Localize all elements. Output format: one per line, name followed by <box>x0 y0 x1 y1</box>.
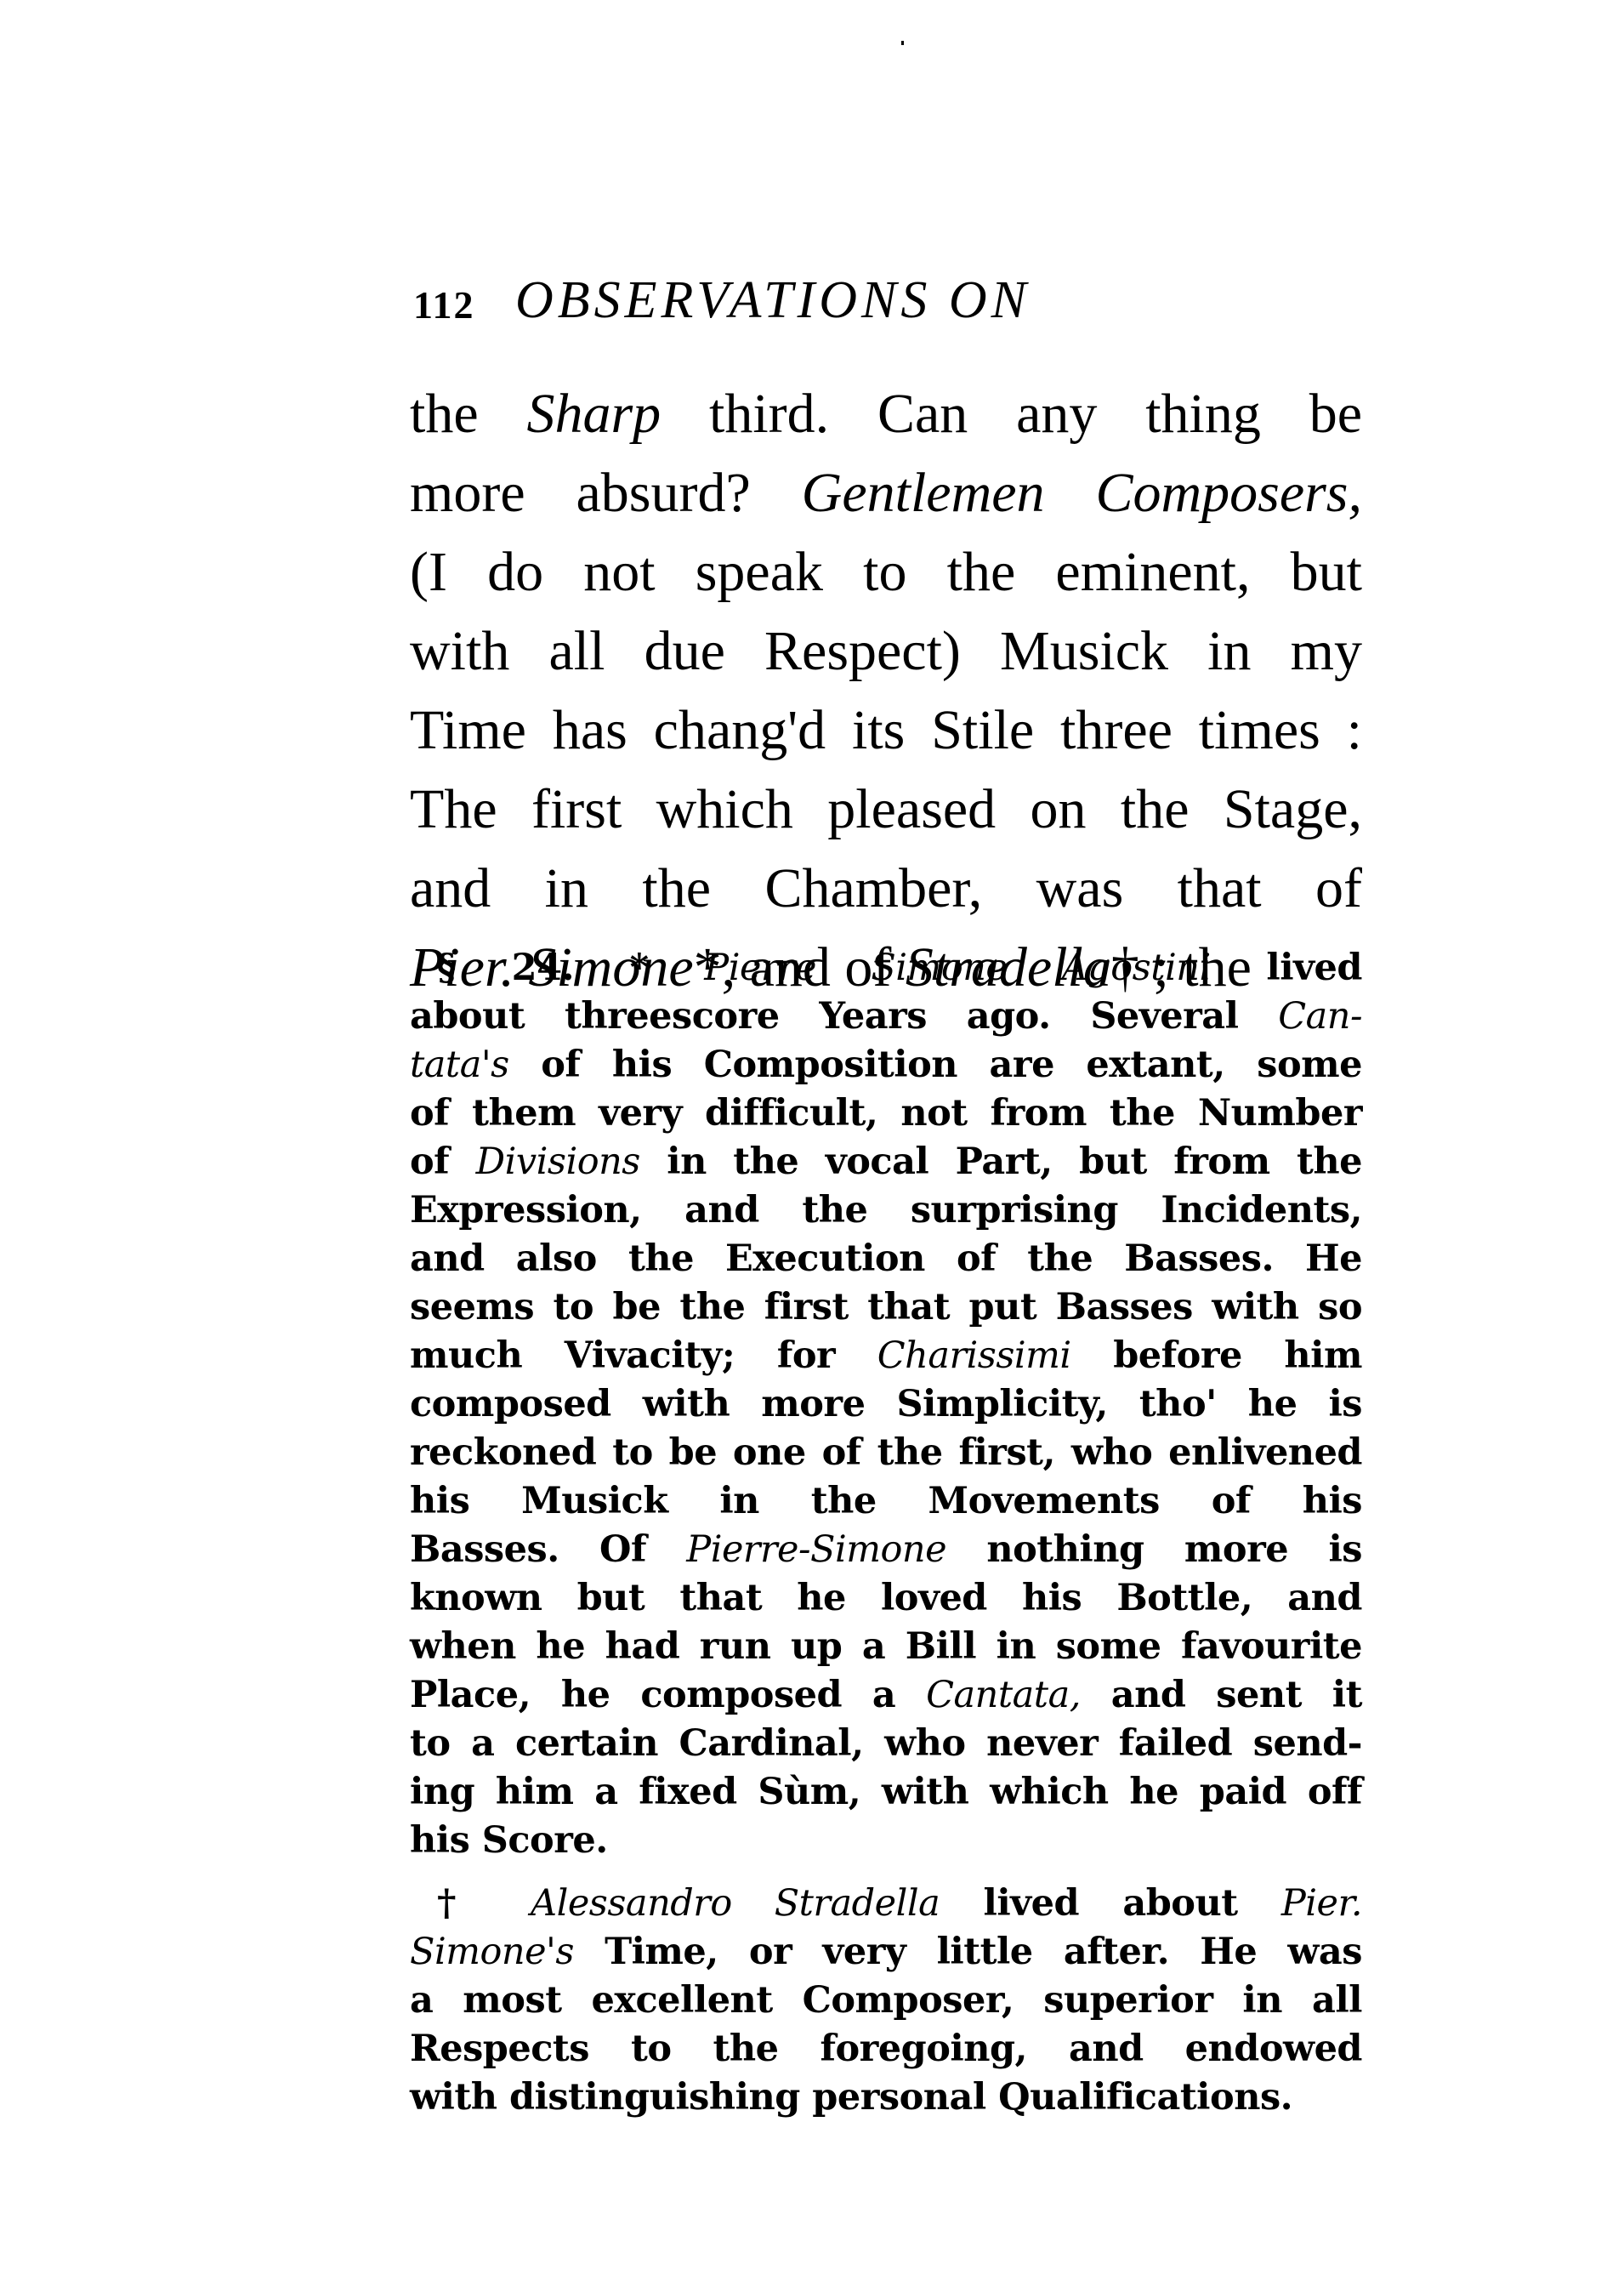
text-run: and in the Chamber, was that of <box>410 857 1362 919</box>
text-run: a most excellent Composer, superior in a… <box>410 1979 1362 2022</box>
text-run: ing him a fixed Sùm, with which he paid … <box>410 1771 1362 1813</box>
text-run: reckoned to be one of the first, who enl… <box>410 1431 1362 1474</box>
scan-speck <box>901 41 904 45</box>
text-line: ing him a fixed Sùm, with which he paid … <box>410 1768 1362 1817</box>
text-line: known but that he loved his Bottle, and <box>410 1574 1362 1623</box>
text-run: third. Can any thing be <box>661 383 1362 445</box>
text-run: to a certain Cardinal, who never failed … <box>410 1722 1362 1765</box>
book-page: 112 OBSERVATIONS ON the Sharp third. Can… <box>0 0 1624 2281</box>
text-run: lived about <box>940 1882 1281 1925</box>
italic-text: Cantata, <box>926 1674 1081 1716</box>
italic-text: Gentlemen Composers, <box>802 462 1362 524</box>
text-run: Place, he composed a <box>410 1674 926 1716</box>
italic-text: Pier. <box>1281 1882 1362 1925</box>
text-line: and also the Execution of the Basses. He <box>410 1235 1362 1283</box>
text-line: the Sharp third. Can any thing be <box>410 374 1362 453</box>
text-line: with distinguishing personal Qualificati… <box>410 2073 1362 2122</box>
text-run: more absurd? <box>410 462 802 524</box>
text-line: a most excellent Composer, superior in a… <box>410 1977 1362 2025</box>
text-line: The first which pleased on the Stage, <box>410 770 1362 849</box>
text-line: his Score. <box>410 1817 1362 1865</box>
text-run: known but that he loved his Bottle, and <box>410 1577 1362 1619</box>
italic-text: Pierre Simone Agostini <box>704 947 1210 989</box>
text-run: Expression, and the surprising Incidents… <box>410 1189 1362 1232</box>
main-paragraph: the Sharp third. Can any thing bemore ab… <box>410 374 1362 1007</box>
text-run: much Vivacity; for <box>410 1334 877 1377</box>
text-run: his Musick in the Movements of his <box>410 1480 1362 1522</box>
text-run: with all due Respect) Musick in my <box>410 620 1362 682</box>
text-line: † Alessandro Stradella lived about Pier. <box>410 1880 1362 1928</box>
text-run: seems to be the first that put Basses wi… <box>410 1286 1362 1328</box>
italic-text: Charissimi <box>877 1334 1071 1377</box>
text-line: Respects to the foregoing, and endowed <box>410 2025 1362 2073</box>
text-run: (I do not speak to the eminent, but <box>410 541 1362 603</box>
text-run: when he had run up a Bill in some favour… <box>410 1625 1362 1668</box>
italic-text: Sharp <box>526 383 661 445</box>
text-line: seems to be the first that put Basses wi… <box>410 1283 1362 1332</box>
text-run: nothing more is <box>946 1528 1362 1571</box>
text-run: Time, or very little after. He was <box>574 1931 1362 1973</box>
text-run: and also the Execution of the Basses. He <box>410 1237 1362 1280</box>
text-line: his Musick in the Movements of his <box>410 1477 1362 1526</box>
text-run: composed with more Simplicity, tho' he i… <box>410 1383 1362 1425</box>
text-line: Expression, and the surprising Incidents… <box>410 1186 1362 1235</box>
text-run: of them very difficult, not from the Num… <box>410 1092 1362 1135</box>
text-run: Time has chang'd its Stile three times : <box>410 699 1362 761</box>
text-line: Basses. Of Pierre-Simone nothing more is <box>410 1526 1362 1574</box>
text-line: when he had run up a Bill in some favour… <box>410 1623 1362 1671</box>
text-line: Place, he composed a Cantata, and sent i… <box>410 1671 1362 1720</box>
italic-text: Pierre-Simone <box>686 1528 946 1571</box>
text-line: reckoned to be one of the first, who enl… <box>410 1429 1362 1477</box>
italic-text: tata's <box>410 1044 509 1086</box>
footnotes: § 24. * Pierre Simone Agostini livedabou… <box>410 944 1362 2122</box>
text-run: Respects to the foregoing, and endowed <box>410 2028 1362 2070</box>
text-run: of <box>410 1140 476 1183</box>
text-line: with all due Respect) Musick in my <box>410 611 1362 691</box>
text-run: lived <box>1211 947 1362 989</box>
text-run: † <box>437 1882 531 1925</box>
text-line: to a certain Cardinal, who never failed … <box>410 1720 1362 1768</box>
text-run: his Score. <box>410 1819 608 1862</box>
footnote-stradella: † Alessandro Stradella lived about Pier.… <box>410 1880 1362 2122</box>
text-line: of Divisions in the vocal Part, but from… <box>410 1138 1362 1186</box>
italic-text: Alessandro Stradella <box>531 1882 940 1925</box>
text-run: the <box>410 383 526 445</box>
footnote-pierre-simone: § 24. * Pierre Simone Agostini livedabou… <box>410 944 1362 1865</box>
text-run: of his Composition are extant, some <box>509 1044 1362 1086</box>
text-line: about threescore Years ago. Several Can- <box>410 993 1362 1041</box>
italic-text: Divisions <box>476 1140 640 1183</box>
text-line: tata's of his Composition are extant, so… <box>410 1041 1362 1089</box>
text-run: about threescore Years ago. Several <box>410 995 1278 1038</box>
text-line: much Vivacity; for Charissimi before him <box>410 1332 1362 1380</box>
italic-text: Can- <box>1278 995 1362 1038</box>
text-line: composed with more Simplicity, tho' he i… <box>410 1380 1362 1429</box>
text-line: more absurd? Gentlemen Composers, <box>410 453 1362 532</box>
italic-text: Simone's <box>410 1931 574 1973</box>
text-run: before him <box>1071 1334 1362 1377</box>
text-run: with distinguishing personal Qualificati… <box>410 2076 1292 2119</box>
text-line: Time has chang'd its Stile three times : <box>410 691 1362 770</box>
text-line: § 24. * Pierre Simone Agostini lived <box>410 944 1362 993</box>
text-line: and in the Chamber, was that of <box>410 849 1362 928</box>
text-line: Simone's Time, or very little after. He … <box>410 1928 1362 1977</box>
running-head-title: OBSERVATIONS ON <box>515 270 1031 331</box>
page-number: 112 <box>413 282 474 327</box>
text-run: and sent it <box>1081 1674 1362 1716</box>
text-line: (I do not speak to the eminent, but <box>410 532 1362 611</box>
text-line: of them very difficult, not from the Num… <box>410 1089 1362 1138</box>
text-run: § 24. * <box>437 947 704 989</box>
text-run: in the vocal Part, but from the <box>640 1140 1362 1183</box>
running-head: 112 OBSERVATIONS ON <box>413 270 1366 338</box>
text-run: The first which pleased on the Stage, <box>410 778 1362 840</box>
text-run: Basses. Of <box>410 1528 686 1571</box>
